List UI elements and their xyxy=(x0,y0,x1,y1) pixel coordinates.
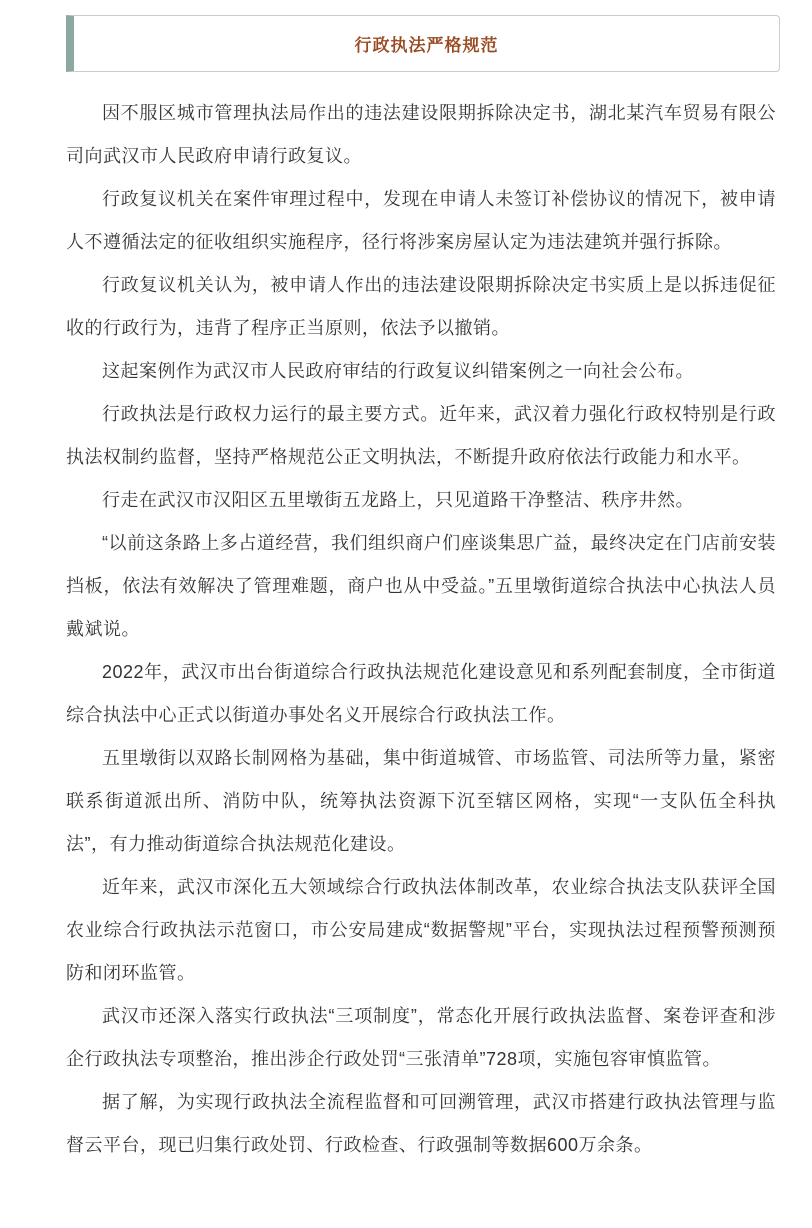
article-page: 行政执法严格规范 因不服区城市管理执法局作出的违法建设限期拆除决定书，湖北某汽车… xyxy=(0,15,812,1228)
article-paragraph: 这起案例作为武汉市人民政府审结的行政复议纠错案例之一向社会公布。 xyxy=(66,350,776,393)
article-paragraph: 行政执法是行政权力运行的最主要方式。近年来，武汉着力强化行政权特别是行政执法权制… xyxy=(66,393,776,479)
article-paragraph: 近年来，武汉市深化五大领域综合行政执法体制改革，农业综合执法支队获评全国农业综合… xyxy=(66,866,776,995)
article-paragraph: 行政复议机关认为，被申请人作出的违法建设限期拆除决定书实质上是以拆违促征收的行政… xyxy=(66,264,776,350)
article-paragraph: 行走在武汉市汉阳区五里墩街五龙路上，只见道路干净整洁、秩序井然。 xyxy=(66,479,776,522)
article-paragraph: 武汉市还深入落实行政执法“三项制度”，常态化开展行政执法监督、案卷评查和涉企行政… xyxy=(66,995,776,1081)
article-title-box: 行政执法严格规范 xyxy=(66,15,780,72)
article-paragraph: 2022年，武汉市出台街道综合行政执法规范化建设意见和系列配套制度，全市街道综合… xyxy=(66,651,776,737)
page-title: 行政执法严格规范 xyxy=(355,31,499,56)
article-paragraph: 五里墩街以双路长制网格为基础，集中街道城管、市场监管、司法所等力量，紧密联系街道… xyxy=(66,737,776,866)
article-paragraph: 因不服区城市管理执法局作出的违法建设限期拆除决定书，湖北某汽车贸易有限公司向武汉… xyxy=(66,92,776,178)
article-paragraph: 行政复议机关在案件审理过程中，发现在申请人未签订补偿协议的情况下，被申请人不遵循… xyxy=(66,178,776,264)
article-body: 因不服区城市管理执法局作出的违法建设限期拆除决定书，湖北某汽车贸易有限公司向武汉… xyxy=(66,92,776,1167)
article-paragraph: “以前这条路上多占道经营，我们组织商户们座谈集思广益，最终决定在门店前安装挡板，… xyxy=(66,522,776,651)
article-paragraph: 据了解，为实现行政执法全流程监督和可回溯管理，武汉市搭建行政执法管理与监督云平台… xyxy=(66,1081,776,1167)
